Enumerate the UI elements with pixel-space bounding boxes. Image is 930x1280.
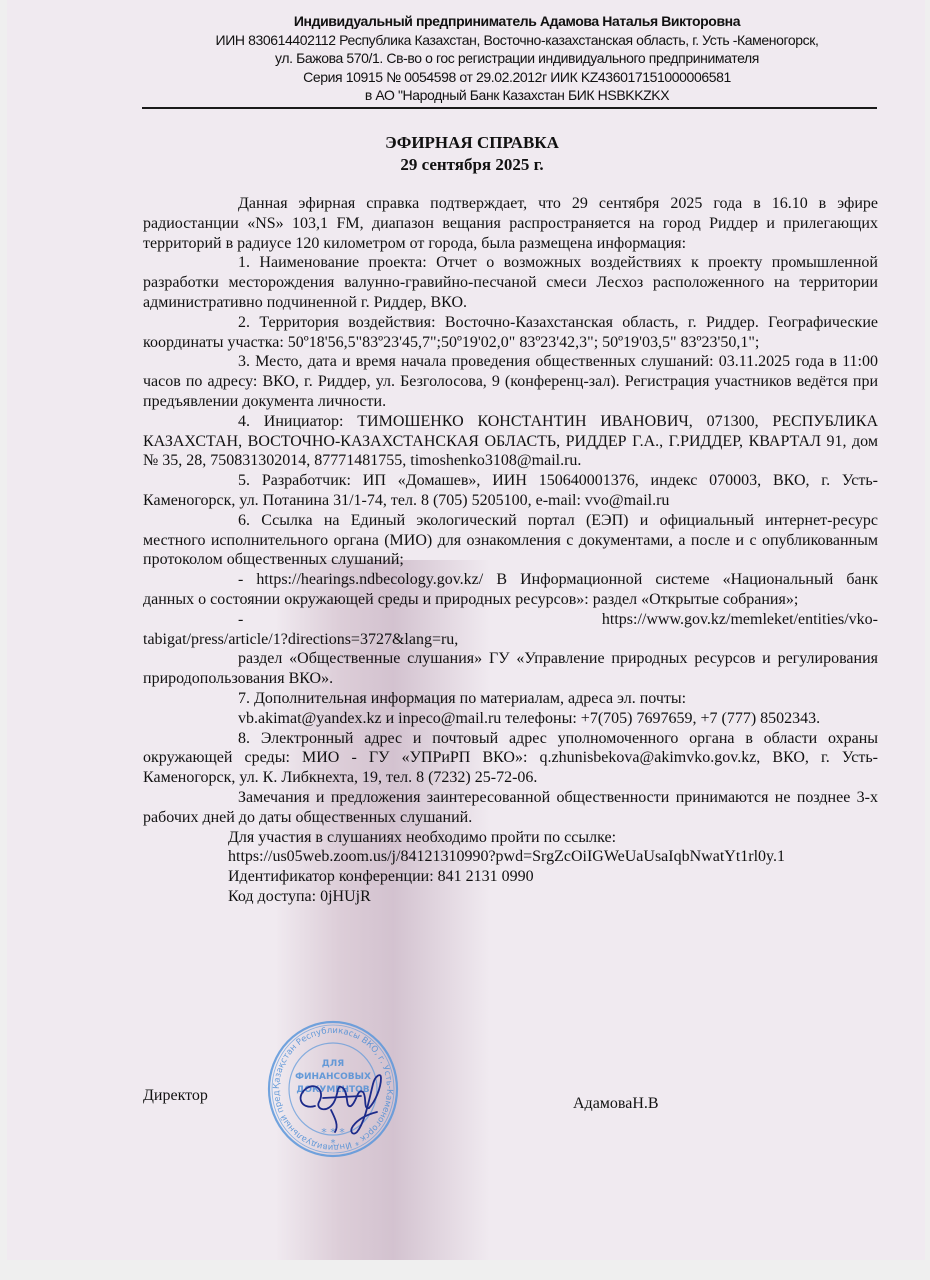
list-item-3: 3. Место, дата и время начала проведения… xyxy=(143,352,878,411)
item-text: Место, дата и время начала проведения об… xyxy=(143,353,878,410)
item-number: 3. xyxy=(238,353,250,370)
letterhead-line-3: Серия 10915 № 0054598 от 29.02.2012г ИИК… xyxy=(142,68,892,87)
item-text: Территория воздействия: Восточно-Казахст… xyxy=(143,314,878,351)
item-number: 2. xyxy=(238,314,250,331)
list-item-5: 5. Разработчик: ИП «Домашев», ИИН 150640… xyxy=(143,471,878,511)
stamp-center-line-1: ДЛЯ xyxy=(322,1059,344,1069)
stamp-seal-icon: Қазақстан Республикасы ВКО, г. Усть-Каме… xyxy=(265,1018,401,1160)
list-item-2: 2. Территория воздействия: Восточно-Каза… xyxy=(143,313,878,353)
item-number: 4. xyxy=(238,413,250,430)
mio-section: раздел «Общественные слушания» ГУ «Управ… xyxy=(143,649,878,689)
list-item-8: 8. Электронный адрес и почтовый адрес уп… xyxy=(143,729,878,788)
mio-link-url-part-1[interactable]: https://www.gov.kz/memleket/entities/vko… xyxy=(602,610,878,630)
stamp-center-line-2: ФИНАНСОВЫХ xyxy=(295,1072,371,1082)
item-text: Разработчик: ИП «Домашев», ИИН 150640001… xyxy=(143,472,878,509)
list-item-7-title: 7. Дополнительная информация по материал… xyxy=(143,689,878,709)
list-item-6: 6. Ссылка на Единый экологический портал… xyxy=(143,511,878,570)
mio-link-url-part-2[interactable]: tabigat/press/article/1?directions=3727&… xyxy=(143,630,878,650)
letterhead-line-4: в АО "Народный Банк Казахстан БИК HSBKKZ… xyxy=(142,86,892,105)
ecology-portal-link[interactable]: - https://hearings.ndbecology.gov.kz/ В … xyxy=(143,570,878,610)
remarks-paragraph: Замечания и предложения заинтересованной… xyxy=(143,788,878,828)
official-stamp: Қазақстан Республикасы ВКО, г. Усть-Каме… xyxy=(265,1018,401,1160)
item-text: Наименование проекта: Отчет о возможных … xyxy=(143,254,878,311)
list-item-7-contacts: vb.akimat@yandex.kz и inpeco@mail.ru тел… xyxy=(143,709,878,729)
document-heading: ЭФИРНАЯ СПРАВКА 29 сентября 2025 г. xyxy=(7,132,925,176)
letterhead: Индивидуальный предприниматель Адамова Н… xyxy=(142,12,892,105)
item-text: Ссылка на Единый экологический портал (Е… xyxy=(143,512,878,569)
list-item-4: 4. Инициатор: ТИМОШЕНКО КОНСТАНТИН ИВАНО… xyxy=(143,412,878,471)
mio-link-dash: - xyxy=(238,610,243,630)
mio-link-block: - https://www.gov.kz/memleket/entities/v… xyxy=(143,610,878,650)
document-date: 29 сентября 2025 г. xyxy=(7,154,925,176)
participation-label: Для участия в слушаниях необходимо пройт… xyxy=(228,828,878,848)
item-number: 6. xyxy=(238,512,250,529)
item-number: 1. xyxy=(238,254,250,271)
item-number: 5. xyxy=(238,472,250,489)
signatory-role: Директор xyxy=(143,1087,208,1105)
signature-scribble xyxy=(301,1075,381,1133)
document-page: Индивидуальный предприниматель Адамова Н… xyxy=(7,0,925,1260)
conference-id: Идентификатор конференции: 841 2131 0990 xyxy=(228,867,878,887)
signatory-name: АдамоваН.В xyxy=(573,1095,659,1113)
access-code: Код доступа: 0jHUjR xyxy=(228,887,878,907)
letterhead-line-1: ИИН 830614402112 Республика Казахстан, В… xyxy=(142,31,892,50)
intro-paragraph: Данная эфирная справка подтверждает, что… xyxy=(143,194,878,253)
mio-link-line: - https://www.gov.kz/memleket/entities/v… xyxy=(143,610,878,630)
item-text: Инициатор: ТИМОШЕНКО КОНСТАНТИН ИВАНОВИЧ… xyxy=(143,413,878,470)
zoom-link[interactable]: https://us05web.zoom.us/j/84121310990?pw… xyxy=(228,847,878,867)
letterhead-line-2: ул. Бажова 570/1. Св-во о гос регистраци… xyxy=(142,49,892,68)
document-body: Данная эфирная справка подтверждает, что… xyxy=(143,194,878,907)
letterhead-divider xyxy=(142,107,877,109)
document-title: ЭФИРНАЯ СПРАВКА xyxy=(7,132,925,154)
scan-bottom-margin xyxy=(0,1260,930,1280)
svg-text:*: * xyxy=(331,1138,336,1149)
list-item-1: 1. Наименование проекта: Отчет о возможн… xyxy=(143,253,878,312)
letterhead-title: Индивидуальный предприниматель Адамова Н… xyxy=(142,12,892,31)
participation-block: Для участия в слушаниях необходимо пройт… xyxy=(228,828,878,907)
